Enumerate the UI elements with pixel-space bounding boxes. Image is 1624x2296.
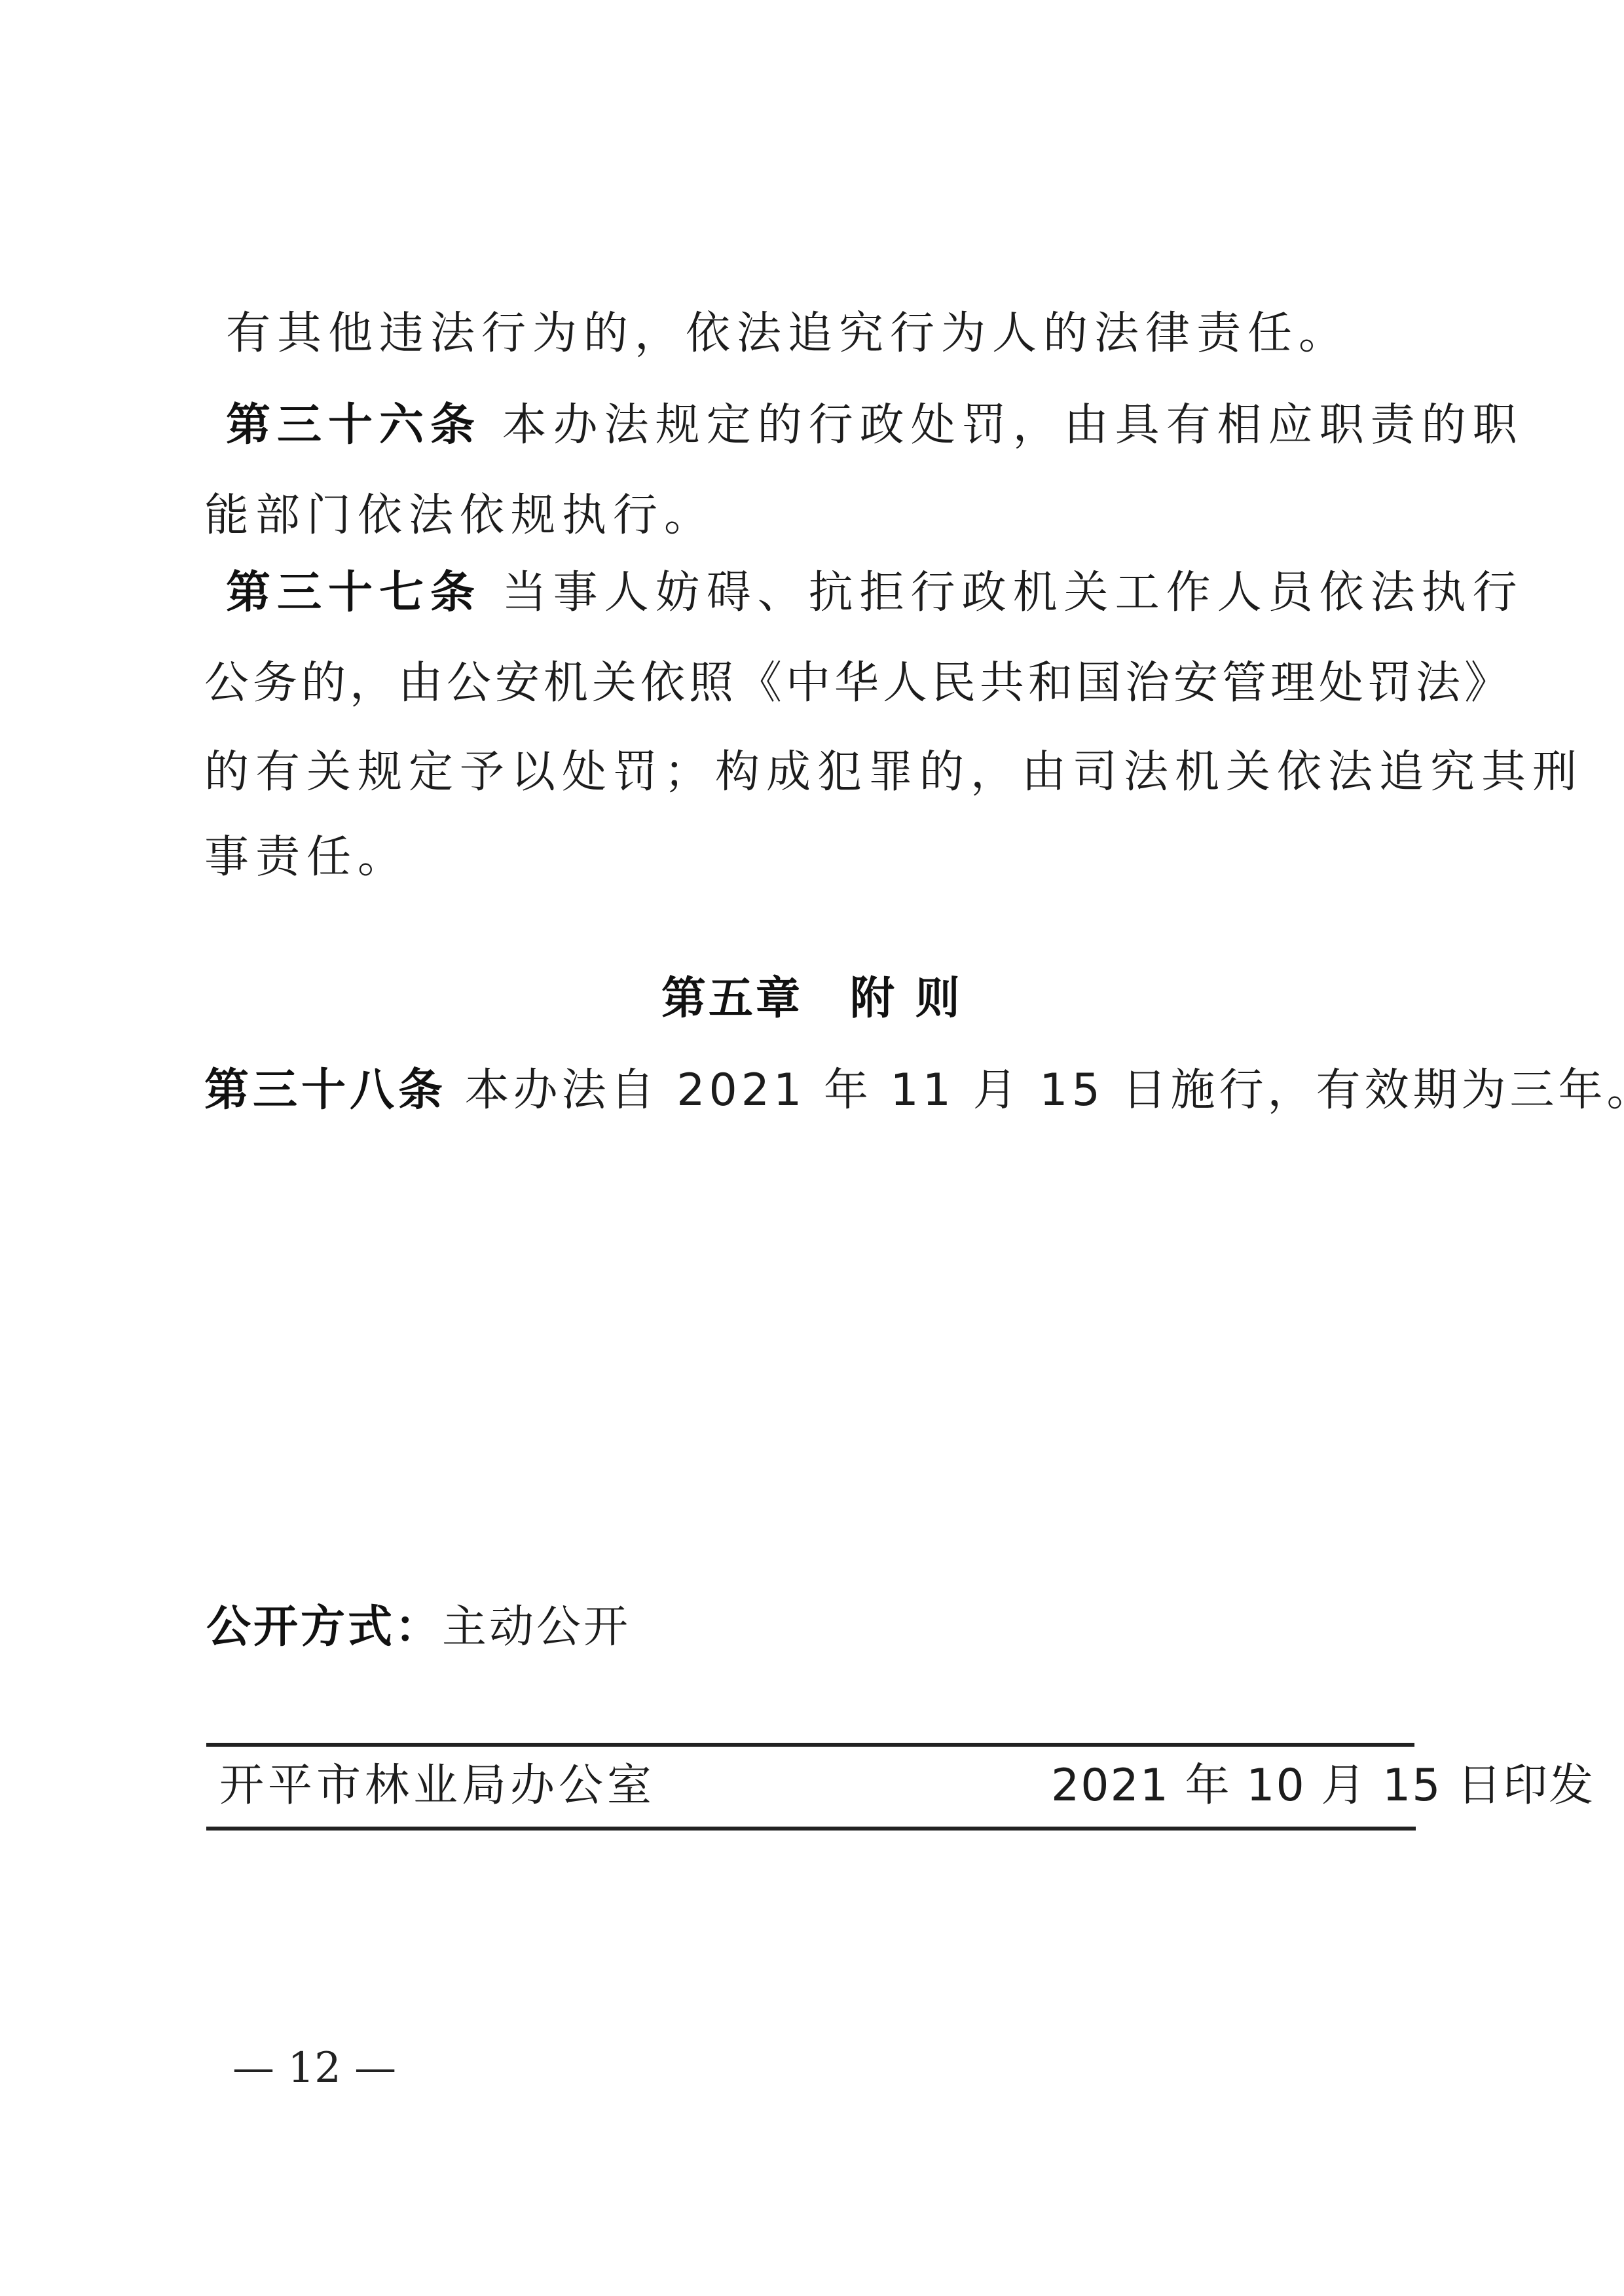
article-37-line-1: 第三十七条 当事人妨碍、抗拒行政机关工作人员依法执行	[226, 571, 1524, 615]
article-36-label: 第三十六条	[226, 399, 481, 451]
footer-issue-date: 2021 年 10 月 15 日印发	[1051, 1764, 1595, 1808]
article-36-text: 本办法规定的行政处罚，由具有相应职责的职	[502, 399, 1524, 451]
disclosure-line: 公开方式：主动公开	[206, 1605, 631, 1650]
article-38-text: 本办法自 2021 年 11 月 15 日施行，有效期为三年。	[465, 1065, 1624, 1116]
article-37-text: 当事人妨碍、抗拒行政机关工作人员依法执行	[502, 567, 1524, 619]
disclosure-label: 公开方式：	[206, 1601, 442, 1653]
article-38: 第三十八条 本办法自 2021 年 11 月 15 日施行，有效期为三年。	[204, 1068, 1624, 1113]
document-page: 有其他违法行为的，依法追究行为人的法律责任。 第三十六条 本办法规定的行政处罚，…	[0, 0, 1624, 2296]
paragraph-line: 有其他违法行为的，依法追究行为人的法律责任。	[226, 312, 1350, 356]
disclosure-value: 主动公开	[442, 1601, 631, 1653]
article-37-line-4: 事责任。	[204, 835, 409, 880]
page-number: — 12 —	[232, 2044, 396, 2092]
article-37-line-3: 的有关规定予以处罚；构成犯罪的，由司法机关依法追究其刑	[204, 750, 1583, 795]
article-37-line-2: 公务的，由公安机关依照《中华人民共和国治安管理处罚法》	[204, 661, 1513, 706]
footer-bottom-rule	[206, 1827, 1416, 1831]
article-36-line-1: 第三十六条 本办法规定的行政处罚，由具有相应职责的职	[226, 403, 1524, 448]
footer-issuer: 开平市林业局办公室	[219, 1764, 655, 1808]
article-36-line-2: 能部门依法依规执行。	[204, 494, 715, 538]
chapter-heading: 第五章 附 则	[661, 977, 963, 1021]
article-37-label: 第三十七条	[226, 567, 481, 619]
article-38-label: 第三十八条	[204, 1065, 447, 1116]
footer-top-rule	[206, 1743, 1414, 1747]
